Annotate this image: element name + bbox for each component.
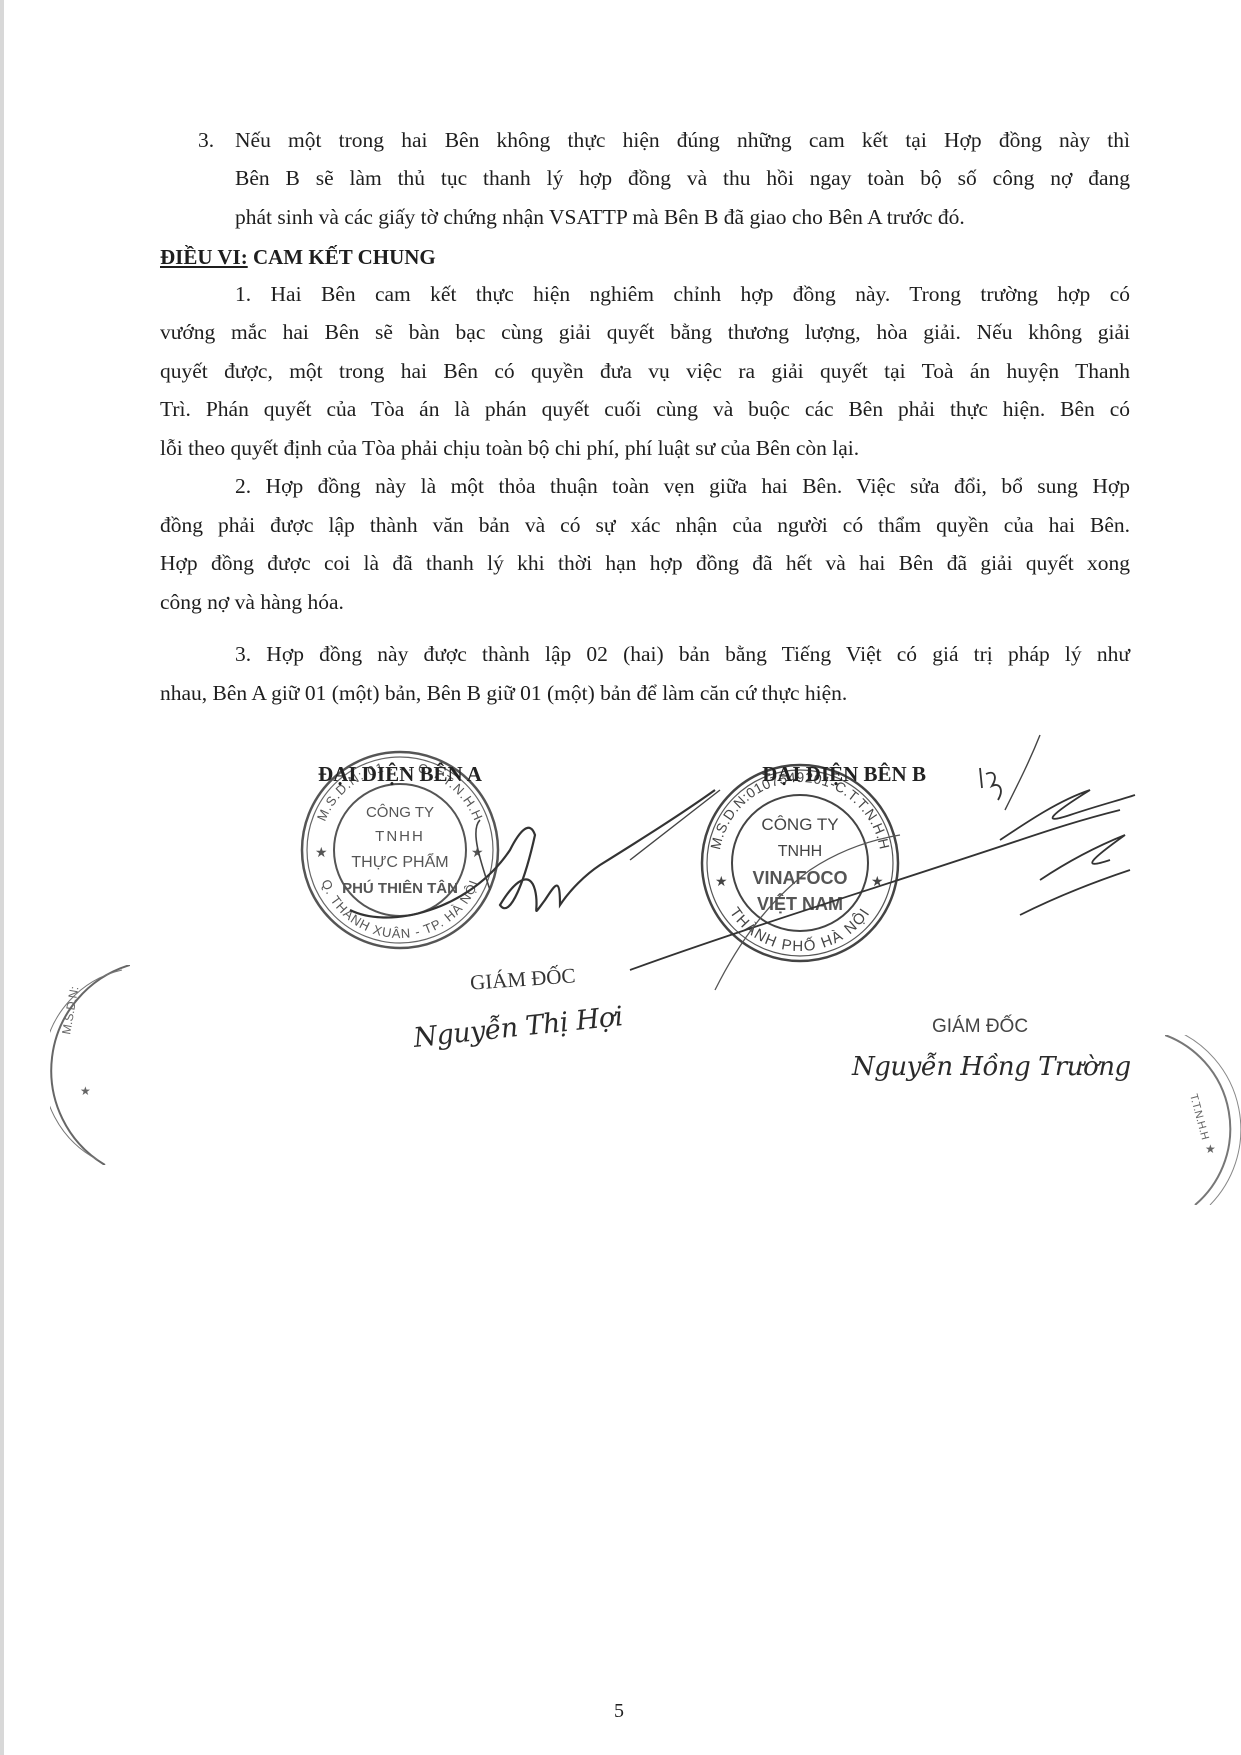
paragraph-line: Bên B sẽ làm thủ tục thanh lý hợp đồng v… — [235, 168, 1130, 190]
margin-stamp-left: M.S.D.N: ★ — [50, 965, 130, 1165]
paragraph-line: lỗi theo quyết định của Tòa phải chịu to… — [160, 438, 859, 460]
paragraph-line: Hợp đồng được coi là đã thanh lý khi thờ… — [160, 553, 1130, 575]
paragraph-line: nhau, Bên A giữ 01 (một) bản, Bên B giữ … — [160, 683, 847, 705]
paragraph-line: phát sinh và các giấy tờ chứng nhận VSAT… — [235, 207, 965, 229]
paragraph-line: 2. Hợp đồng này là một thỏa thuận toàn v… — [235, 476, 1130, 498]
party-b-position: GIÁM ĐỐC — [932, 1016, 1028, 1038]
signature-party-b — [620, 730, 1140, 1030]
svg-text:T.T.N.H.H: T.T.N.H.H — [1187, 1093, 1211, 1142]
paragraph-line: công nợ và hàng hóa. — [160, 592, 344, 614]
paragraph-line: Trì. Phán quyết của Tòa án là phán quyết… — [160, 399, 1130, 421]
svg-text:★: ★ — [315, 844, 328, 860]
party-a-name: Nguyễn Thị Hợi — [412, 1001, 624, 1054]
paragraph-line: Nếu một trong hai Bên không thực hiện đú… — [235, 130, 1130, 152]
page-number: 5 — [614, 1700, 624, 1723]
svg-text:★: ★ — [1205, 1142, 1216, 1156]
paragraph-line: vướng mắc hai Bên sẽ bàn bạc cùng giải q… — [160, 322, 1130, 344]
scan-edge — [0, 0, 4, 1755]
party-b-name: Nguyễn Hồng Trường — [852, 1052, 1131, 1082]
paragraph-line: 1. Hai Bên cam kết thực hiện nghiêm chỉn… — [235, 284, 1130, 306]
svg-text:★: ★ — [80, 1084, 91, 1098]
item-number: 3. — [198, 130, 214, 152]
article-heading: ĐIỀU VI: CAM KẾT CHUNG — [160, 245, 436, 270]
article-label: ĐIỀU VI: — [160, 245, 248, 269]
margin-stamp-right: T.T.N.H.H ★ — [1165, 1035, 1241, 1205]
paragraph-line: quyết được, một trong hai Bên có quyền đ… — [160, 361, 1130, 383]
paragraph-line: 3. Hợp đồng này được thành lập 02 (hai) … — [235, 644, 1130, 666]
svg-text:M.S.D.N:: M.S.D.N: — [59, 985, 81, 1035]
article-title: CAM KẾT CHUNG — [248, 245, 436, 269]
paragraph-line: đồng phải được lập thành văn bản và có s… — [160, 515, 1130, 537]
